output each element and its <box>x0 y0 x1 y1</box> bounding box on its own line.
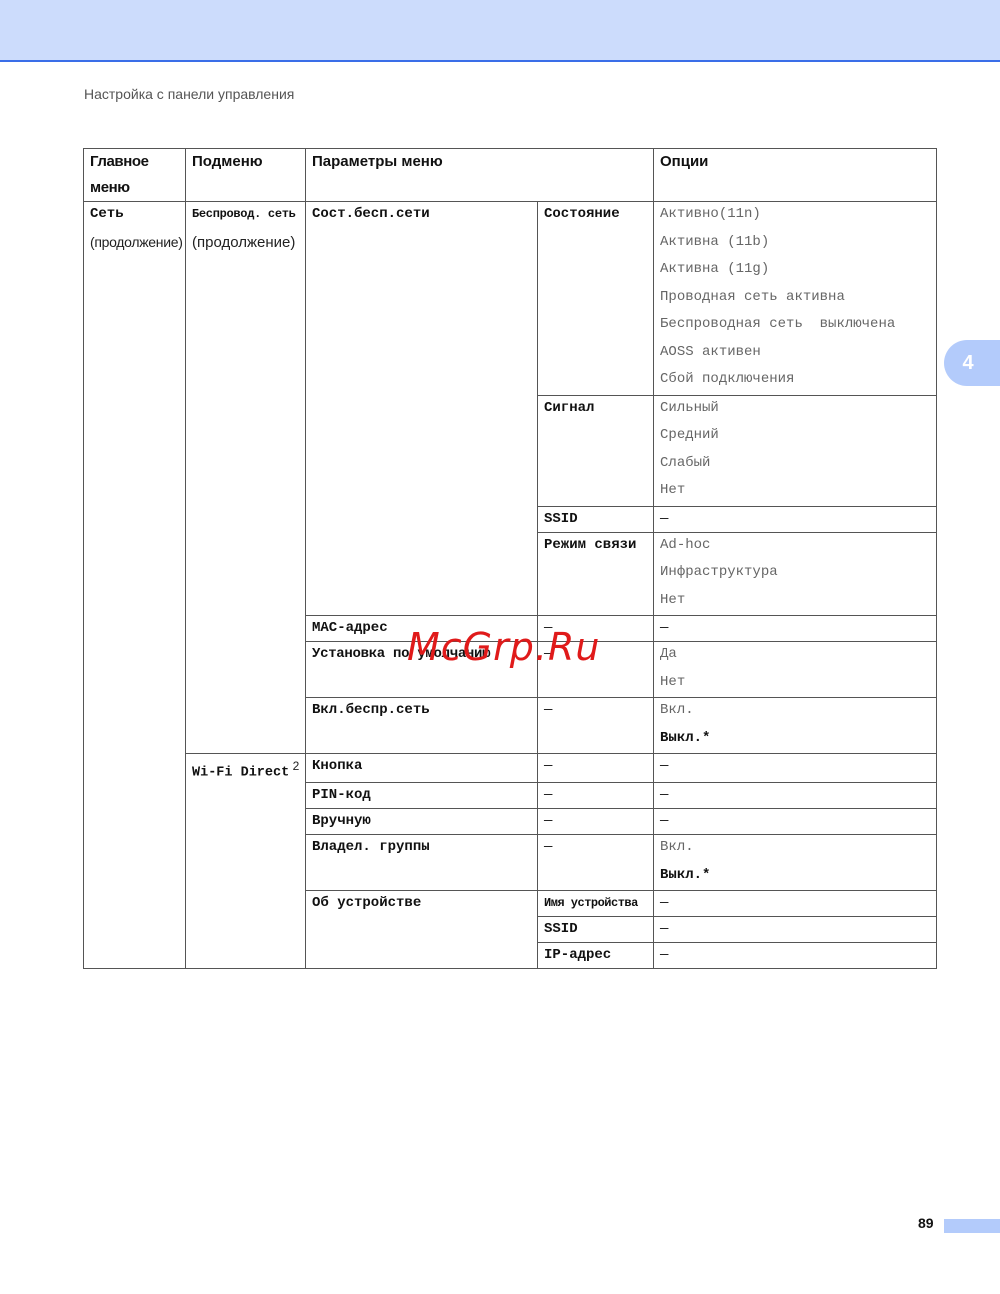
option-item: — <box>660 616 930 641</box>
table-header-row: Главное меню Подменю Параметры меню Опци… <box>84 149 937 202</box>
options-push-button: — <box>654 754 937 783</box>
subparam-label: IP-адрес <box>544 943 647 968</box>
options-comm-mode: Ad-hoc Инфраструктура Нет <box>654 532 937 616</box>
param-manual: Вручную <box>306 809 538 835</box>
column-header-submenu: Подменю <box>186 149 306 202</box>
page-number-bar <box>944 1219 1000 1233</box>
table-row: Сеть (продолжение) Беспровод. сеть (прод… <box>84 202 937 396</box>
subparam-ssid: SSID <box>538 506 654 532</box>
column-header-options: Опции <box>654 149 937 202</box>
options-mac: — <box>654 616 937 642</box>
option-item: Сбой подключения <box>660 367 930 395</box>
option-item: Сильный <box>660 396 930 424</box>
column-header-main-menu: Главное меню <box>84 149 186 202</box>
options-group-owner: Вкл. Выкл.* <box>654 835 937 891</box>
submenu-wifidirect-label: Wi-Fi Direct 2 <box>192 754 299 782</box>
subparam-label: — <box>544 783 647 808</box>
param-label: Вкл.беспр.сеть <box>312 698 531 726</box>
subparam-status: Состояние <box>538 202 654 396</box>
param-push-button: Кнопка <box>306 754 538 783</box>
options-manual: — <box>654 809 937 835</box>
option-item: Активна (11g) <box>660 257 930 285</box>
option-item: — <box>660 917 930 942</box>
subparam-signal: Сигнал <box>538 395 654 506</box>
submenu-wireless-label: Беспровод. сеть <box>192 202 299 230</box>
page-number: 89 <box>918 1215 934 1231</box>
option-item-default: Выкл.* <box>660 726 930 754</box>
chapter-number: 4 <box>962 352 973 375</box>
subparam-label: — <box>544 698 647 726</box>
options-pin: — <box>654 783 937 809</box>
subparam-label: Имя устройства <box>544 891 647 916</box>
option-item: Нет <box>660 588 930 616</box>
subparam-label: — <box>544 754 647 782</box>
option-item: Активна (11b) <box>660 230 930 258</box>
option-item: Инфраструктура <box>660 560 930 588</box>
options-device-ip: — <box>654 943 937 969</box>
option-item: Средний <box>660 423 930 451</box>
options-ssid: — <box>654 506 937 532</box>
option-item: — <box>660 507 930 532</box>
main-menu-cell: Сеть (продолжение) <box>84 202 186 969</box>
param-label: Владел. группы <box>312 835 531 863</box>
subparam-label: — <box>544 809 647 834</box>
option-item: Активно(11n) <box>660 202 930 230</box>
options-wlan-enable: Вкл. Выкл.* <box>654 698 937 754</box>
param-label: PIN-код <box>312 783 531 808</box>
option-item: AOSS активен <box>660 340 930 368</box>
subparam-label: Сигнал <box>544 396 647 424</box>
param-group-owner: Владел. группы <box>306 835 538 891</box>
submenu-wireless-note: (продолжение) <box>192 230 299 258</box>
param-wlan-enable: Вкл.беспр.сеть <box>306 698 538 754</box>
option-item: Беспроводная сеть выключена <box>660 312 930 340</box>
subparam-label: — <box>544 835 647 863</box>
option-item: Проводная сеть активна <box>660 285 930 313</box>
chapter-tab: 4 <box>944 340 1000 386</box>
options-defaults: Да Нет <box>654 642 937 698</box>
subparam-label: SSID <box>544 917 647 942</box>
subparam-label: Состояние <box>544 202 647 230</box>
options-signal: Сильный Средний Слабый Нет <box>654 395 937 506</box>
param-device-info: Об устройстве <box>306 891 538 969</box>
submenu-wireless-cell: Беспровод. сеть (продолжение) <box>186 202 306 754</box>
watermark: McGrp.Ru <box>407 625 600 669</box>
subparam-device-name: Имя устройства <box>538 891 654 917</box>
subparam-device-ip: IP-адрес <box>538 943 654 969</box>
option-item: Нет <box>660 670 930 698</box>
submenu-wifidirect-cell: Wi-Fi Direct 2 <box>186 754 306 969</box>
param-label: Кнопка <box>312 754 531 782</box>
param-label: Сост.бесп.сети <box>312 202 531 230</box>
column-header-menu-params: Параметры меню <box>306 149 654 202</box>
option-item-default: Выкл.* <box>660 863 930 891</box>
param-label: Вручную <box>312 809 531 834</box>
subparam-label: Режим связи <box>544 533 647 561</box>
option-item: Ad-hoc <box>660 533 930 561</box>
subparam-manual: — <box>538 809 654 835</box>
table-row: Wi-Fi Direct 2 Кнопка — — <box>84 754 937 783</box>
section-title: Настройка с панели управления <box>84 86 294 102</box>
subparam-push-button: — <box>538 754 654 783</box>
footnote-marker: 2 <box>293 759 300 773</box>
option-item: Нет <box>660 478 930 506</box>
option-item: — <box>660 943 930 968</box>
subparam-wlan-enable: — <box>538 698 654 754</box>
submenu-wifidirect-text: Wi-Fi Direct <box>192 766 289 781</box>
option-item: Слабый <box>660 451 930 479</box>
page-top-band <box>0 0 1000 62</box>
options-device-ssid: — <box>654 917 937 943</box>
menu-table: Главное меню Подменю Параметры меню Опци… <box>83 148 937 969</box>
subparam-group-owner: — <box>538 835 654 891</box>
options-device-name: — <box>654 891 937 917</box>
option-item: Вкл. <box>660 835 930 863</box>
subparam-device-ssid: SSID <box>538 917 654 943</box>
option-item: — <box>660 783 930 808</box>
param-pin: PIN-код <box>306 783 538 809</box>
main-menu-note: (продолжение) <box>90 230 179 258</box>
option-item: — <box>660 891 930 916</box>
option-item: Да <box>660 642 930 670</box>
options-status: Активно(11n) Активна (11b) Активна (11g)… <box>654 202 937 396</box>
option-item: — <box>660 754 930 782</box>
option-item: — <box>660 809 930 834</box>
param-wlan-status: Сост.бесп.сети <box>306 202 538 616</box>
param-label: Об устройстве <box>312 891 531 919</box>
subparam-comm-mode: Режим связи <box>538 532 654 616</box>
main-menu-label: Сеть <box>90 202 179 230</box>
subparam-label: SSID <box>544 507 647 532</box>
subparam-pin: — <box>538 783 654 809</box>
option-item: Вкл. <box>660 698 930 726</box>
